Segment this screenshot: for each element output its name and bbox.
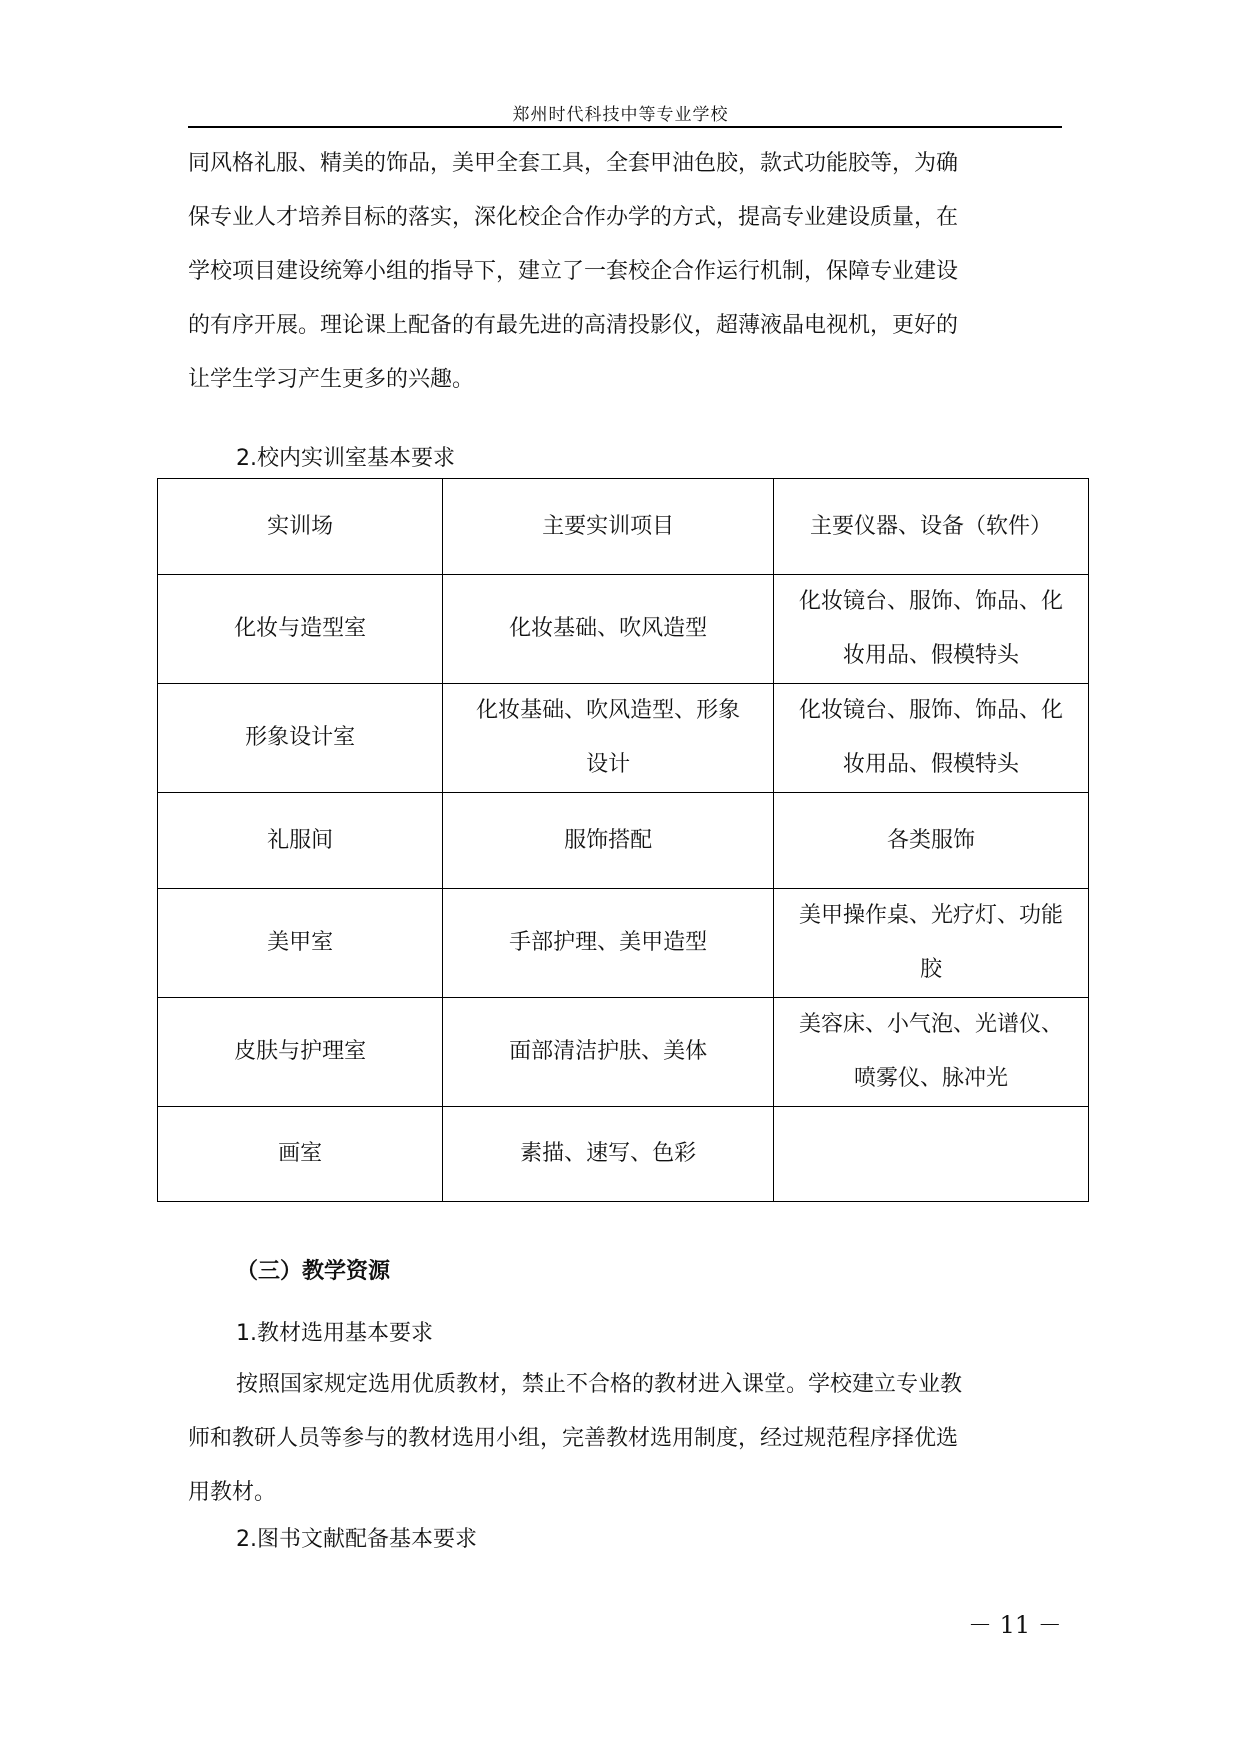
table-header-row: 实训场 主要实训项目 主要仪器、设备（软件） bbox=[158, 479, 1089, 575]
table-row: 形象设计室 化妆基础、吹风造型、形象设计 化妆镜台、服饰、饰品、化妆用品、假模特… bbox=[158, 684, 1089, 793]
cell-line: 喷雾仪、脉冲光 bbox=[782, 1052, 1080, 1106]
room-cell: 形象设计室 bbox=[158, 684, 443, 793]
textbook-paragraph: 按照国家规定选用优质教材，禁止不合格的教材进入课堂。学校建立专业教 师和教研人员… bbox=[188, 1358, 1058, 1520]
cell-line: 化妆镜台、服饰、饰品、化 bbox=[782, 575, 1080, 629]
paragraph-line: 的有序开展。理论课上配备的有最先进的高清投影仪，超薄液晶电视机，更好的 bbox=[188, 299, 1058, 353]
paragraph-line: 让学生学习产生更多的兴趣。 bbox=[188, 353, 1058, 407]
paragraph-line: 用教材。 bbox=[188, 1466, 1058, 1520]
section-heading: （三）教学资源 bbox=[236, 1254, 390, 1285]
table-row: 画室 素描、速写、色彩 bbox=[158, 1107, 1089, 1202]
intro-paragraph: 同风格礼服、精美的饰品，美甲全套工具，全套甲油色胶，款式功能胶等，为确 保专业人… bbox=[188, 137, 1058, 407]
projects-cell: 服饰搭配 bbox=[443, 793, 774, 889]
projects-cell: 手部护理、美甲造型 bbox=[443, 889, 774, 998]
equipment-cell: 美甲操作桌、光疗灯、功能胶 bbox=[774, 889, 1089, 998]
table-row: 化妆与造型室 化妆基础、吹风造型 化妆镜台、服饰、饰品、化妆用品、假模特头 bbox=[158, 575, 1089, 684]
cell-line: 妆用品、假模特头 bbox=[782, 629, 1080, 683]
page-number: － 11 － bbox=[968, 1605, 1062, 1640]
cell-line: 服饰搭配 bbox=[451, 814, 765, 868]
equipment-cell: 美容床、小气泡、光谱仪、喷雾仪、脉冲光 bbox=[774, 998, 1089, 1107]
projects-cell: 素描、速写、色彩 bbox=[443, 1107, 774, 1202]
table-section-title: 2.校内实训室基本要求 bbox=[236, 441, 455, 472]
cell-line: 化妆基础、吹风造型、形象 bbox=[451, 684, 765, 738]
cell-line: 素描、速写、色彩 bbox=[451, 1127, 765, 1181]
paragraph-line: 保专业人才培养目标的落实，深化校企合作办学的方式，提高专业建设质量，在 bbox=[188, 191, 1058, 245]
equipment-cell bbox=[774, 1107, 1089, 1202]
projects-cell: 化妆基础、吹风造型、形象设计 bbox=[443, 684, 774, 793]
cell-line: 化妆基础、吹风造型 bbox=[451, 602, 765, 656]
room-cell: 化妆与造型室 bbox=[158, 575, 443, 684]
projects-cell: 面部清洁护肤、美体 bbox=[443, 998, 774, 1107]
equipment-cell: 化妆镜台、服饰、饰品、化妆用品、假模特头 bbox=[774, 575, 1089, 684]
room-cell: 皮肤与护理室 bbox=[158, 998, 443, 1107]
table-row: 美甲室 手部护理、美甲造型 美甲操作桌、光疗灯、功能胶 bbox=[158, 889, 1089, 998]
subsection-title: 2.图书文献配备基本要求 bbox=[236, 1522, 477, 1553]
projects-cell: 化妆基础、吹风造型 bbox=[443, 575, 774, 684]
cell-line: 手部护理、美甲造型 bbox=[451, 916, 765, 970]
cell-line: 化妆镜台、服饰、饰品、化 bbox=[782, 684, 1080, 738]
table-row: 皮肤与护理室 面部清洁护肤、美体 美容床、小气泡、光谱仪、喷雾仪、脉冲光 bbox=[158, 998, 1089, 1107]
header-divider bbox=[188, 126, 1062, 128]
cell-line: 美容床、小气泡、光谱仪、 bbox=[782, 998, 1080, 1052]
column-header: 实训场 bbox=[158, 479, 443, 575]
school-name-header: 郑州时代科技中等专业学校 bbox=[0, 100, 1241, 125]
cell-line: 妆用品、假模特头 bbox=[782, 738, 1080, 792]
cell-line: 设计 bbox=[451, 738, 765, 792]
paragraph-line: 按照国家规定选用优质教材，禁止不合格的教材进入课堂。学校建立专业教 bbox=[188, 1358, 1058, 1412]
training-room-table: 实训场 主要实训项目 主要仪器、设备（软件） 化妆与造型室 化妆基础、吹风造型 … bbox=[157, 478, 1089, 1202]
paragraph-line: 师和教研人员等参与的教材选用小组，完善教材选用制度，经过规范程序择优选 bbox=[188, 1412, 1058, 1466]
column-header: 主要实训项目 bbox=[443, 479, 774, 575]
room-cell: 礼服间 bbox=[158, 793, 443, 889]
cell-line: 面部清洁护肤、美体 bbox=[451, 1025, 765, 1079]
equipment-cell: 化妆镜台、服饰、饰品、化妆用品、假模特头 bbox=[774, 684, 1089, 793]
cell-line: 美甲操作桌、光疗灯、功能 bbox=[782, 889, 1080, 943]
equipment-cell: 各类服饰 bbox=[774, 793, 1089, 889]
paragraph-line: 同风格礼服、精美的饰品，美甲全套工具，全套甲油色胶，款式功能胶等，为确 bbox=[188, 137, 1058, 191]
room-cell: 美甲室 bbox=[158, 889, 443, 998]
column-header: 主要仪器、设备（软件） bbox=[774, 479, 1089, 575]
room-cell: 画室 bbox=[158, 1107, 443, 1202]
paragraph-line: 学校项目建设统筹小组的指导下，建立了一套校企合作运行机制，保障专业建设 bbox=[188, 245, 1058, 299]
table-row: 礼服间 服饰搭配 各类服饰 bbox=[158, 793, 1089, 889]
cell-line: 胶 bbox=[782, 943, 1080, 997]
cell-line: 各类服饰 bbox=[782, 814, 1080, 868]
subsection-title: 1.教材选用基本要求 bbox=[236, 1316, 433, 1347]
